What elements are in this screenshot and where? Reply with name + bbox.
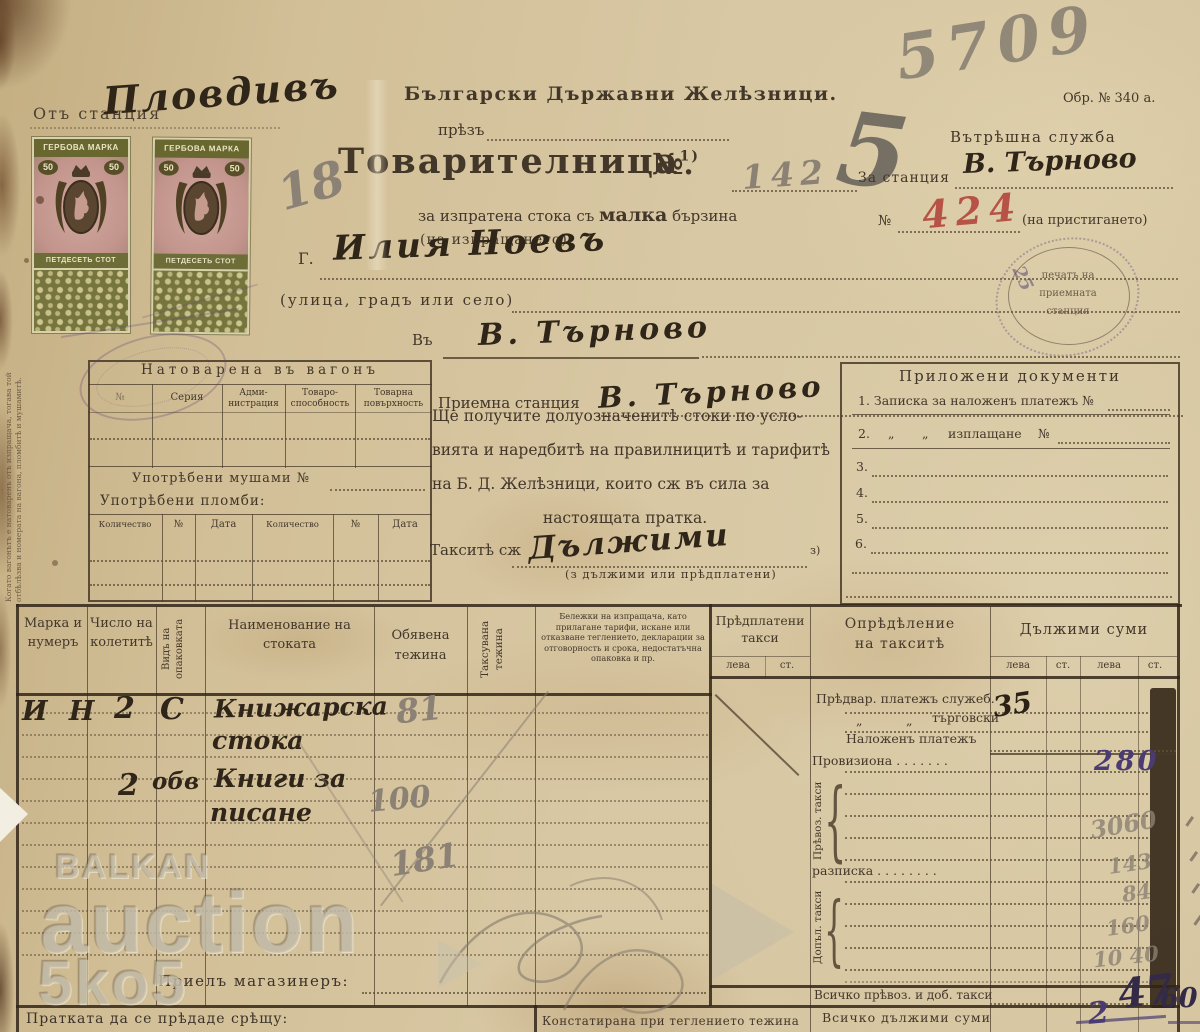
seal-col-no2: №	[333, 519, 378, 531]
docs-item1: 1. Записка за наложенъ платежъ №	[858, 394, 1094, 408]
to-station-handwritten: В. Търново	[963, 143, 1138, 180]
due-st2: ст.	[1136, 660, 1174, 672]
prepaid-slash	[715, 694, 799, 776]
determination-header1: Опрѣдѣление	[810, 616, 990, 632]
taxes-footnote: (з дължими или прѣдплатени)	[565, 568, 777, 581]
goods-weight1-pencil: 81	[394, 688, 444, 732]
in-line-dotted	[702, 356, 1180, 358]
waybill-document: Български Държавни Желѣзници. прѣзъ Това…	[0, 0, 1200, 1032]
due-st1: ст.	[1048, 660, 1078, 672]
goods-h-notes: Бележки на изпращача, като прилагане тар…	[539, 611, 707, 664]
to-station-label: За станция	[858, 170, 950, 186]
in-underline	[443, 357, 699, 359]
charge-row-cod: Наложенъ платежъ	[846, 732, 976, 746]
charge-row-provision: Провизиона . . . . . . .	[812, 754, 948, 768]
docs-item4: 4.	[856, 486, 868, 500]
taxes-sup: з)	[810, 545, 820, 558]
watermark-5ko5: 5ko5	[38, 948, 187, 1019]
value-3060: 3060	[1088, 804, 1159, 844]
goods-h-name: Наименование на стоката	[206, 616, 373, 654]
goods-mark-hw: И Н	[22, 696, 100, 727]
prepaid-header: Прѣдпла­тени такси	[712, 612, 808, 646]
conditions-line3: на Б. Д. Желѣзници, които сж въ сила за	[432, 476, 770, 494]
pencil-number-5709: 5709	[891, 0, 1104, 95]
dark-corner-topleft	[0, 0, 72, 90]
docs-item2-dq2: „	[922, 427, 928, 441]
arrival-note: (на пристигането)	[1022, 214, 1147, 229]
value-60: 60	[1160, 983, 1198, 1014]
value-35: 35	[991, 685, 1035, 724]
docs-item2: изплащане	[948, 427, 1022, 441]
torn-left-edge	[0, 0, 30, 1032]
addressee-g-label: Г.	[298, 250, 314, 268]
wagon-seals-label: Употрѣбени пломби:	[100, 494, 265, 510]
goods-h-count: Число на коле­титѣ	[88, 614, 155, 652]
seal-col-qty2: Количество	[252, 521, 333, 531]
prepaid-st: ст.	[766, 660, 808, 672]
ink-spot	[24, 258, 29, 263]
big-pencil-5: 5	[831, 88, 914, 214]
pencil-tick	[1193, 915, 1200, 925]
stamp-denomination: ПЕТДЕСЕТЬ СТОТ	[34, 253, 128, 268]
goods-name2b-hw: писане	[210, 798, 312, 827]
docs-item6: 6.	[855, 537, 867, 551]
conditions-line1: Ще получите долуозначенитѣ стоки по усло…	[432, 408, 802, 426]
wagon-col-admin: Адми- нистрация	[223, 388, 284, 410]
docs-item5: 5.	[856, 512, 868, 526]
charge-row-total-transport: Всичко прѣвоз. и доб. такси	[814, 989, 992, 1003]
docs-item2-num: 2.	[858, 427, 870, 441]
goods-name2a-hw: Книги за	[214, 764, 346, 793]
due-leva1: лева	[992, 660, 1044, 672]
weighed-label: Констатирана при теглението тежина	[542, 1015, 799, 1029]
ink-spot	[52, 560, 58, 566]
from-station-line	[30, 127, 280, 129]
wagon-col-surface: Товарна повърхность	[356, 388, 431, 410]
charge-additional-label: Допъл. такси	[812, 888, 824, 964]
goods-weight2-pencil: 100	[367, 779, 432, 819]
pencil-tick	[1189, 851, 1197, 861]
wagon-col-capacity: Товаро- способность	[286, 388, 354, 410]
coat-of-arms-icon	[171, 164, 232, 251]
goods-pack2-hw: обв	[152, 768, 199, 795]
seal-col-date: Дата	[195, 519, 252, 531]
via-label: прѣзъ	[438, 122, 484, 139]
postmark-ring	[984, 224, 1150, 370]
goods-h-taxed: Таксувана тежина	[478, 610, 524, 688]
determination-header2: на такситѣ	[810, 636, 990, 652]
charge-row-advance: Прѣдвар. платежъ служеб.	[816, 692, 995, 706]
from-station-handwritten: Пловдивъ	[102, 62, 341, 123]
white-tear	[0, 786, 28, 844]
ink-spot	[36, 196, 44, 204]
goods-pack1-hw: С	[160, 692, 184, 727]
charge-transport-label: Прѣвоз. такси	[812, 776, 824, 860]
page-title: Товарителница1)	[338, 142, 700, 182]
street-label: (улица, градъ или село)	[280, 292, 514, 309]
seal-col-date2: Дата	[378, 519, 432, 531]
seal-col-no: №	[162, 519, 195, 531]
taxes-label: Такситѣ сж	[430, 542, 521, 559]
transport-brace: {	[824, 772, 846, 872]
value-160: 160	[1104, 910, 1151, 941]
docs-title: Приложени документи	[840, 368, 1180, 385]
prepaid-leva: лева	[712, 660, 764, 672]
goods-h-weight: Обявена тежина	[375, 626, 466, 666]
value-143: 143	[1106, 848, 1153, 879]
watermark-triangle-large	[712, 884, 794, 980]
docs-item3: 3.	[856, 460, 868, 474]
arrival-no-label: №	[878, 213, 891, 229]
wagon-tarps-label: Употрѣбени мушами №	[132, 472, 310, 487]
form-number: Обр. № 340 а.	[1063, 92, 1155, 107]
stamp-title: ГЕРБОВА МАРКА	[155, 140, 249, 159]
in-city-handwritten: В. Търново	[477, 310, 711, 353]
docs-item2-dq1: „	[888, 427, 894, 441]
pencil-tick	[1185, 816, 1193, 826]
addressee-line	[320, 278, 1178, 280]
goods-count2-hw: 2	[118, 768, 139, 803]
additional-brace: {	[824, 886, 844, 975]
watermark-triangle-small	[438, 940, 482, 988]
value-2: 2	[1087, 995, 1111, 1032]
railway-name: Български Държавни Желѣзници.	[404, 84, 838, 106]
value-84: 84	[1120, 878, 1152, 907]
docs-item2-no: №	[1038, 427, 1050, 441]
purple-dash	[1168, 1021, 1200, 1024]
stamp-denomination: ПЕТДЕСЕТЬ СТОТ	[154, 254, 248, 270]
goods-name1a-hw: Книжарска	[214, 691, 388, 723]
goods-h-pack: Видъ на опаковката	[160, 608, 202, 690]
stamp-ornament	[34, 268, 128, 331]
title-no-label: №.	[652, 148, 694, 181]
goods-name1b-hw: стока	[212, 726, 303, 755]
revenue-stamp: ГЕРБОВА МАРКА 50 50 ПЕТДЕСЕТЬ СТОТ	[151, 137, 251, 334]
charge-row-total-due: Всичко дължими суми	[822, 1011, 991, 1025]
revenue-stamp: ГЕРБОВА МАРКА 50 50 ПЕТДЕСЕТЬ СТОТ	[32, 137, 130, 333]
fold-crease	[366, 80, 388, 270]
conditions-line2: вията и наредбитѣ на правилницитѣ и тари…	[432, 442, 830, 460]
value-280: 280	[1094, 746, 1159, 777]
seal-col-qty: Количество	[88, 521, 162, 531]
pencil-tick	[1191, 883, 1199, 893]
due-leva2: лева	[1082, 660, 1136, 672]
in-label: Въ	[412, 332, 433, 349]
coat-of-arms-icon	[51, 163, 111, 249]
stamp-title: ГЕРБОВА МАРКА	[34, 139, 128, 157]
due-sums-header: Дължими суми	[990, 622, 1178, 639]
charge-row-receipt: разписка . . . . . . . .	[812, 864, 937, 878]
goods-count1-hw: 2	[114, 691, 135, 726]
arrival-number-red: 424	[920, 184, 1024, 238]
